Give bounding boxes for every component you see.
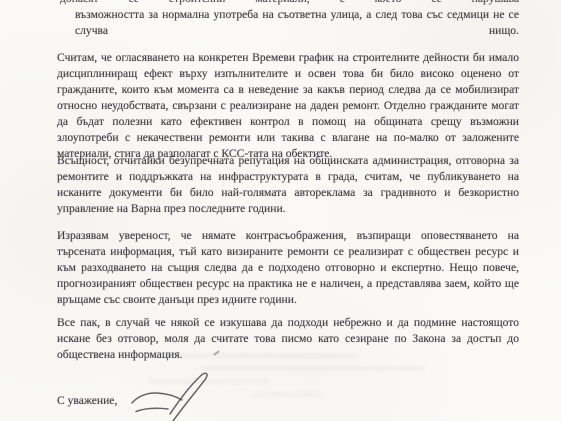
list-item-line: случва нищо. xyxy=(75,23,519,39)
document-page: донасят се строителни материали, с което… xyxy=(0,0,561,421)
letter-paragraph: Изразявам увереност, че нямате контрасъо… xyxy=(57,228,519,308)
letter-paragraph: Всъщност, отчитайки безупречната репутац… xyxy=(57,153,519,217)
clipped-top-line: донасят се строителни материали, с което… xyxy=(60,0,519,7)
scan-bleed-artifact xyxy=(200,367,425,370)
letter-paragraph: Считам, че огласяването на конкретен Вре… xyxy=(57,50,519,162)
handwritten-signature-icon xyxy=(128,369,220,421)
scan-bleed-artifact xyxy=(152,354,357,357)
scanned-letter-screenshot: { "document": { "fragment": { "clipped_l… xyxy=(0,0,561,421)
scan-bleed-artifact xyxy=(252,393,322,396)
closing-salutation: С уважение, xyxy=(57,393,117,409)
clipped-list-item: донасят се строителни материали, с което… xyxy=(75,0,519,39)
list-item-line: възможността за нормална употреба на съо… xyxy=(75,7,519,23)
